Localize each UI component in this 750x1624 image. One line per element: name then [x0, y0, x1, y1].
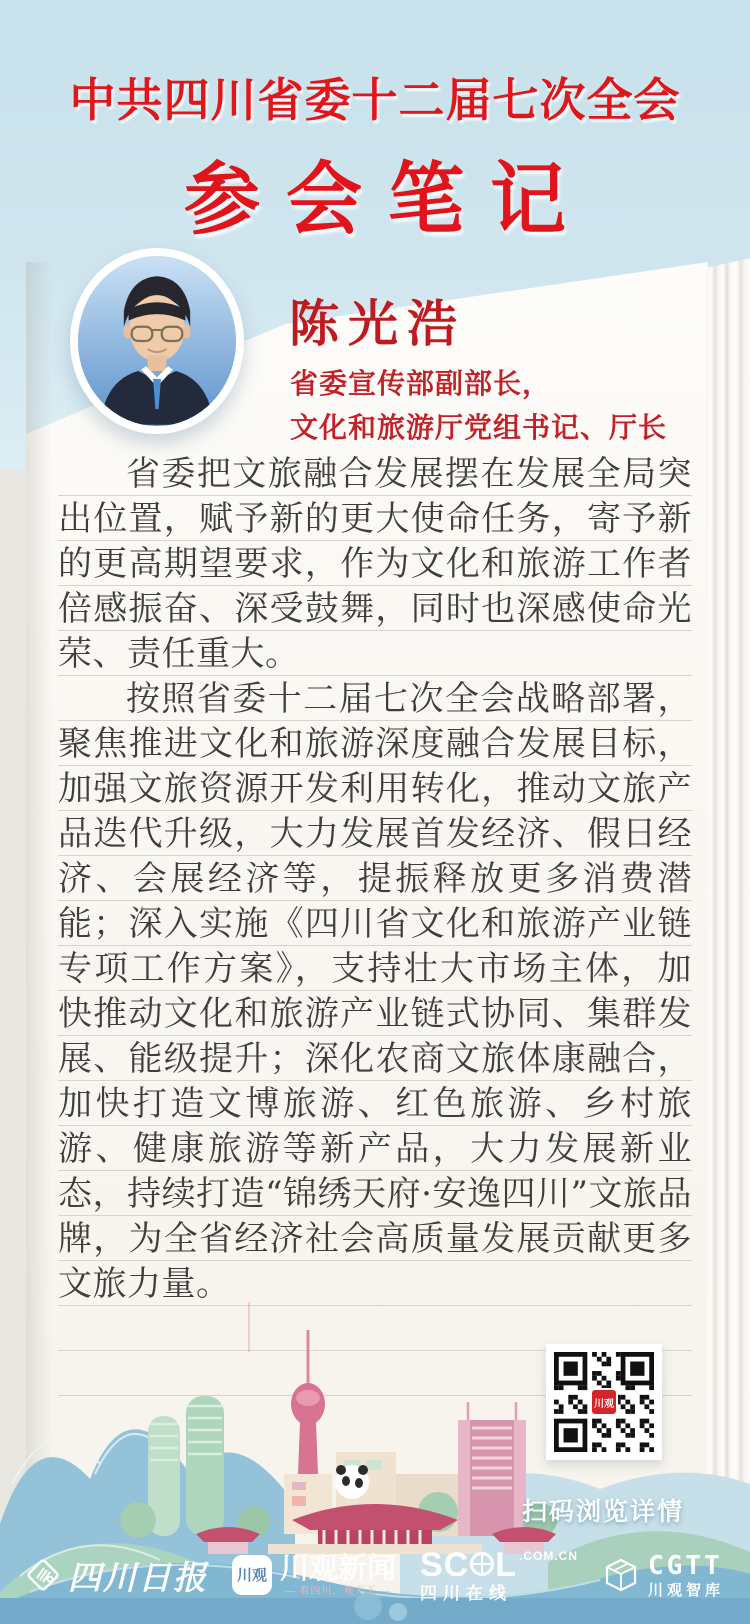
page-title: 中共四川省委十二届七次全会	[0, 64, 750, 130]
article-body: 省委把文旅融合发展摆在发展全局突出位置，赋予新的更大使命任务，寄予新的更高期望要…	[58, 452, 692, 1397]
qr-code: 川观	[546, 1344, 662, 1460]
scol-text-right: L	[495, 1548, 517, 1582]
logo-chuanguan-news: 川观 川观新闻 — 看四川，观天下 —	[232, 1553, 396, 1598]
page-subtitle-calligraphy: 参会笔记	[0, 136, 750, 249]
qr-center-logo: 川观	[590, 1388, 618, 1416]
chuanguan-news-tagline: — 看四川，观天下 —	[285, 1586, 392, 1597]
scol-chinese-label: 四川在线	[420, 1585, 578, 1602]
poster-root: 中共四川省委十二届七次全会 参会笔记 陈光浩	[0, 0, 750, 1624]
person-role-line2: 文化和旅游厅党组书记、厅长	[290, 406, 667, 446]
article-paragraph-1: 省委把文旅融合发展摆在发展全局突出位置，赋予新的更大使命任务，寄予新的更高期望要…	[58, 452, 692, 677]
portrait-photo	[70, 248, 244, 434]
sichuan-daily-icon	[26, 1558, 60, 1592]
cgtt-cube-icon	[602, 1556, 640, 1594]
panda-icon	[335, 1465, 369, 1499]
scol-domain: .COM.CN	[519, 1550, 578, 1562]
cgtt-label: CGTT	[648, 1553, 724, 1579]
chuanguan-app-icon: 川观	[232, 1555, 272, 1595]
article-paragraph-2: 按照省委十二届七次全会战略部署，聚焦推进文化和旅游深度融合发展目标，加强文旅资源…	[58, 677, 692, 1307]
logo-cgtt: CGTT 川观智库	[602, 1553, 724, 1598]
logo-sichuan-daily: 四川日报	[26, 1552, 208, 1599]
scol-globe-icon	[470, 1552, 494, 1576]
logo-scol: SC L .COM.CN 四川在线	[420, 1548, 578, 1602]
scol-text-left: SC	[420, 1548, 469, 1582]
person-role-line1: 省委宣传部副部长，	[290, 362, 551, 402]
portrait-illustration	[78, 256, 236, 426]
chuanguan-news-label: 川观新闻	[280, 1553, 396, 1585]
footer-logos: 四川日报 川观 川观新闻 — 看四川，观天下 — SC L .COM.CN 四川…	[0, 1540, 750, 1610]
qr-caption: 扫码浏览详情	[508, 1492, 698, 1528]
sichuan-daily-label: 四川日报	[68, 1552, 208, 1599]
person-name: 陈光浩	[289, 284, 466, 356]
cgtt-chinese-label: 川观智库	[648, 1583, 724, 1598]
